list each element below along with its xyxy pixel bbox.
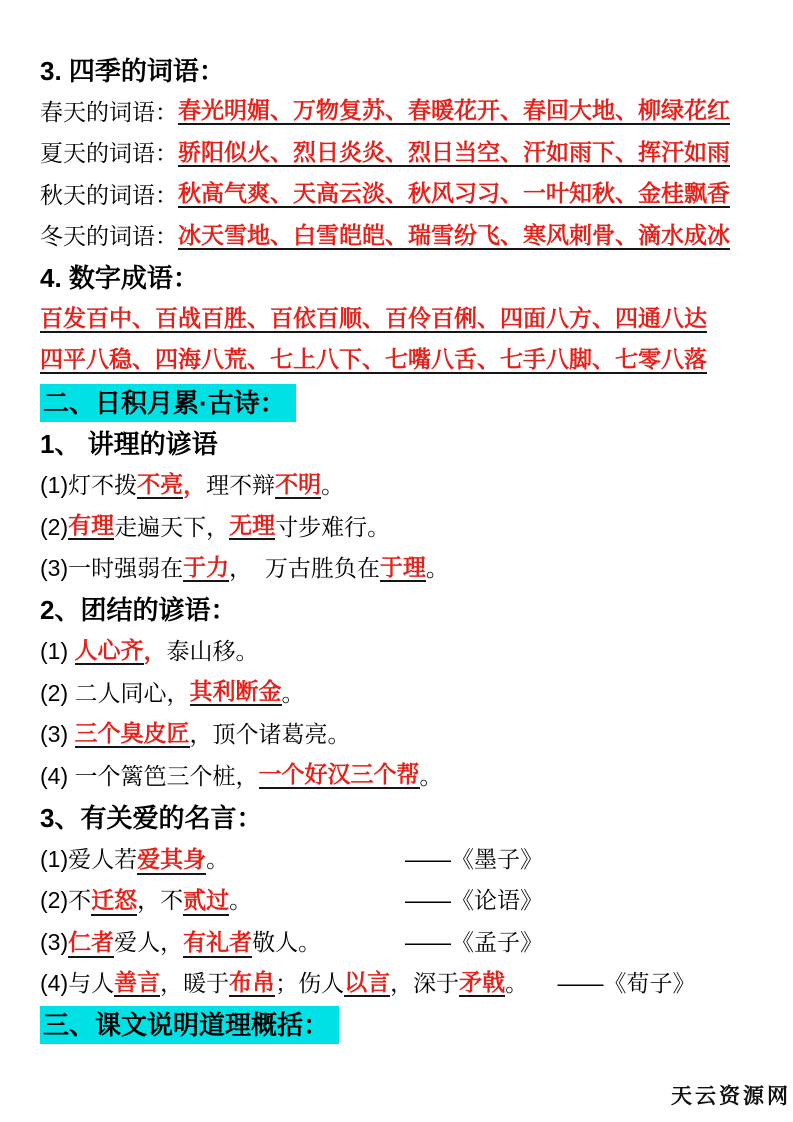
text-segment: (1) (40, 640, 75, 663)
doc-line: 百发百中、百战百胜、百依百顺、百伶百俐、四面八方、四通八达 (40, 299, 775, 341)
doc-line: (3)仁者爱人，有礼者敬人。——《孟子》 (40, 922, 775, 964)
highlighted-term: 不明 (275, 473, 321, 499)
document-body: 3. 四季的词语：春天的词语：春光明媚、万物复苏、春暖花开、春回大地、柳绿花红夏… (40, 50, 775, 1046)
highlighted-term: 四平八稳、四海八荒、七上八下、七嘴八舌、七手八脚、七零八落 (40, 348, 707, 374)
text-segment: ；伤人 (275, 972, 344, 995)
highlighted-term: 一个好汉三个帮 (259, 763, 420, 789)
sub-heading: 1、 讲理的谚语 (40, 424, 775, 466)
text-segment: 。 (426, 557, 449, 580)
highlighted-term: ， (144, 640, 167, 663)
doc-line: 秋天的词语：秋高气爽、天高云淡、秋风习习、一叶知秋、金桂飘香 (40, 175, 775, 217)
sub-heading: 3、有关爱的名言： (40, 797, 775, 839)
text-segment: 走遍天下， (114, 516, 229, 539)
text-segment: 。 (321, 474, 344, 497)
doc-line: 春天的词语：春光明媚、万物复苏、春暖花开、春回大地、柳绿花红 (40, 92, 775, 134)
text-segment: 3、有关爱的名言： (40, 805, 262, 831)
quote-source: ——《论语》 (405, 889, 543, 912)
doc-line: (1)爱人若爱其身。——《墨子》 (40, 839, 775, 881)
section-header-highlighted: 三、课文说明道理概括： (40, 1005, 775, 1047)
doc-line: (3) 三个臭皮匠，顶个诸葛亮。 (40, 714, 775, 756)
highlighted-term: 矛戟 (459, 971, 505, 997)
doc-line: 冬天的词语：冰天雪地、白雪皑皑、瑞雪纷飞、寒风刺骨、滴水成冰 (40, 216, 775, 258)
text-segment: 3. 四季的词语： (40, 58, 225, 84)
text-segment: 。 (420, 765, 443, 788)
quote-text: (2)不迁怒，不贰过。 (40, 889, 405, 912)
text-segment: ，深于 (390, 972, 459, 995)
highlighted-term: 其利断金 (190, 680, 282, 706)
highlighted-term: 有礼者 (183, 929, 252, 958)
sub-heading: 4. 数字成语： (40, 258, 775, 300)
sub-heading: 3. 四季的词语： (40, 50, 775, 92)
text-segment: (4) 一个篱笆三个桩， (40, 765, 259, 788)
quote-text: (3)仁者爱人，有礼者敬人。 (40, 931, 405, 954)
text-segment: 1、 讲理的谚语 (40, 431, 218, 457)
doc-line: 夏天的词语：骄阳似火、烈日炎炎、烈日当空、汗如雨下、挥汗如雨 (40, 133, 775, 175)
doc-line: (2) 二人同心，其利断金。 (40, 673, 775, 715)
text-segment: 二、日积月累·古诗： (43, 388, 286, 418)
text-segment: 夏天的词语： (40, 142, 178, 165)
text-segment: (2)不 (40, 887, 91, 913)
doc-line: (4) 一个篱笆三个桩，一个好汉三个帮。 (40, 756, 775, 798)
highlighted-term: 骄阳似火、烈日炎炎、烈日当空、汗如雨下、挥汗如雨 (178, 141, 730, 167)
doc-line: (4)与人善言，暖于布帛；伤人以言，深于矛戟。 ——《荀子》 (40, 963, 775, 1005)
text-segment: (3) (40, 929, 68, 955)
highlight-box: 二、日积月累·古诗： (40, 384, 296, 422)
doc-line: (1) 人心齐，泰山移。 (40, 631, 775, 673)
highlighted-term: 百发百中、百战百胜、百依百顺、百伶百俐、四面八方、四通八达 (40, 307, 707, 333)
highlighted-term: 不亮 (137, 473, 183, 499)
text-segment: (2) 二人同心， (40, 682, 190, 705)
watermark: 天云资源网 (671, 1080, 791, 1110)
highlighted-term: 三个臭皮匠 (75, 722, 190, 748)
text-segment: 寸步难行。 (275, 516, 390, 539)
text-segment: (3) (40, 723, 75, 746)
doc-line: 四平八稳、四海八荒、七上八下、七嘴八舌、七手八脚、七零八落 (40, 341, 775, 383)
text-segment: (3)一时强弱在 (40, 557, 183, 580)
text-segment: ，顶个诸葛亮。 (190, 723, 351, 746)
text-segment: 4. 数字成语： (40, 265, 199, 291)
highlighted-term: 春光明媚、万物复苏、春暖花开、春回大地、柳绿花红 (178, 99, 730, 125)
highlighted-term: 人心齐 (75, 639, 144, 665)
highlighted-term: 善言 (114, 971, 160, 997)
text-segment: (2) (40, 516, 68, 539)
text-segment: 泰山移。 (167, 640, 259, 663)
quote-source: ——《孟子》 (405, 931, 543, 954)
highlighted-term: 于力 (183, 556, 229, 582)
highlighted-term: 于理 (380, 556, 426, 582)
text-segment: ，不 (137, 887, 183, 913)
text-segment: 2、团结的谚语： (40, 597, 236, 623)
doc-line: (2)不迁怒，不贰过。——《论语》 (40, 880, 775, 922)
highlighted-term: 迁怒 (91, 887, 137, 916)
highlighted-term: 布帛 (229, 971, 275, 997)
text-segment: 爱人， (114, 929, 183, 955)
text-segment: 。 (505, 972, 528, 995)
text-segment: 春天的词语： (40, 101, 178, 124)
highlighted-term: 无理 (229, 514, 275, 540)
text-segment: ，暖于 (160, 972, 229, 995)
text-segment: 冬天的词语： (40, 225, 178, 248)
text-segment: (4)与人 (40, 972, 114, 995)
text-segment: 。 (229, 887, 252, 913)
text-segment: 。 (282, 682, 305, 705)
highlighted-term: 秋高气爽、天高云淡、秋风习习、一叶知秋、金桂飘香 (178, 182, 730, 208)
highlighted-term: 爱其身 (137, 846, 206, 875)
highlighted-term: 以言 (344, 971, 390, 997)
text-segment: (1)爱人若 (40, 846, 137, 872)
quote-text: (1)爱人若爱其身。 (40, 848, 405, 871)
sub-heading: 2、团结的谚语： (40, 590, 775, 632)
doc-line: (1)灯不拨不亮，理不辩不明。 (40, 465, 775, 507)
text-segment: 理不辩 (206, 474, 275, 497)
highlighted-term: ， (183, 474, 206, 497)
text-segment: 秋天的词语： (40, 184, 178, 207)
doc-line: (2)有理走遍天下，无理寸步难行。 (40, 507, 775, 549)
text-segment: 。 (206, 846, 229, 872)
highlighted-term: 冰天雪地、白雪皑皑、瑞雪纷飞、寒风刺骨、滴水成冰 (178, 224, 730, 250)
text-segment: 敬人。 (252, 929, 321, 955)
text-segment: (1)灯不拨 (40, 474, 137, 497)
highlighted-term: 贰过 (183, 887, 229, 916)
section-header-highlighted: 二、日积月累·古诗： (40, 382, 775, 424)
doc-line: (3)一时强弱在于力， 万古胜负在于理。 (40, 548, 775, 590)
highlighted-term: 仁者 (68, 929, 114, 958)
highlight-box: 三、课文说明道理概括： (40, 1006, 339, 1044)
quote-source: ——《墨子》 (405, 848, 543, 871)
highlighted-term: 有理 (68, 514, 114, 540)
text-segment: ， 万古胜负在 (229, 557, 380, 580)
text-segment: 三、课文说明道理概括： (43, 1010, 329, 1040)
text-segment: ——《荀子》 (528, 972, 695, 995)
